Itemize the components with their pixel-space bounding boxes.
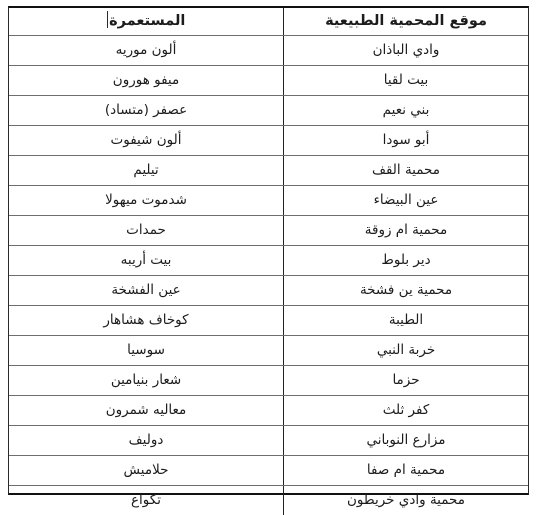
table-row: بني نعيم عصفر (متساد) bbox=[9, 96, 528, 126]
settlement-cell: عصفر (متساد) bbox=[9, 96, 283, 125]
settlement-cell: تيليم bbox=[9, 156, 283, 185]
reserve-location-cell: وادي الباذان bbox=[283, 36, 528, 65]
table-row: كفر ثلث معاليه شمرون bbox=[9, 396, 528, 426]
reserve-location-cell: أبو سودا bbox=[283, 126, 528, 155]
settlement-cell: بيت أريبه bbox=[9, 246, 283, 275]
table-row: خربة النبي سوسيا bbox=[9, 336, 528, 366]
reserve-location-cell: مزارع النوباني bbox=[283, 426, 528, 455]
settlement-cell: حلاميش bbox=[9, 456, 283, 485]
table-row: محمية ام صفا حلاميش bbox=[9, 456, 528, 486]
reserve-location-cell: بني نعيم bbox=[283, 96, 528, 125]
table-row: وادي الباذان ألون موريه bbox=[9, 36, 528, 66]
reserve-location-cell: خربة النبي bbox=[283, 336, 528, 365]
settlement-cell: سوسيا bbox=[9, 336, 283, 365]
reserves-settlements-table: موقع المحمية الطبيعية المستعمرة وادي الب… bbox=[8, 6, 529, 495]
text-cursor-caret bbox=[107, 11, 109, 28]
settlement-cell: معاليه شمرون bbox=[9, 396, 283, 425]
settlement-cell: شعار بنيامين bbox=[9, 366, 283, 395]
reserve-location-cell: بيت لقيا bbox=[283, 66, 528, 95]
settlement-cell: ميفو هورون bbox=[9, 66, 283, 95]
reserve-location-cell: محمية ام زوقة bbox=[283, 216, 528, 245]
reserve-location-cell: محمية القف bbox=[283, 156, 528, 185]
settlement-cell: كوخاف هشاهار bbox=[9, 306, 283, 335]
reserve-location-cell: كفر ثلث bbox=[283, 396, 528, 425]
reserve-location-cell: حزما bbox=[283, 366, 528, 395]
column-header-reserve-location: موقع المحمية الطبيعية bbox=[283, 8, 528, 35]
settlement-cell: شدموت ميهولا bbox=[9, 186, 283, 215]
reserve-location-cell: الطيبة bbox=[283, 306, 528, 335]
reserve-location-cell: دير بلوط bbox=[283, 246, 528, 275]
settlement-cell: عين الفشخة bbox=[9, 276, 283, 305]
table-row: محمية ام زوقة حمدات bbox=[9, 216, 528, 246]
table-header-row: موقع المحمية الطبيعية المستعمرة bbox=[9, 8, 528, 36]
table-row: الطيبة كوخاف هشاهار bbox=[9, 306, 528, 336]
settlement-cell: حمدات bbox=[9, 216, 283, 245]
settlement-cell: ألون موريه bbox=[9, 36, 283, 65]
table-row: محمية القف تيليم bbox=[9, 156, 528, 186]
reserve-location-cell: عين البيضاء bbox=[283, 186, 528, 215]
table-row: دير بلوط بيت أريبه bbox=[9, 246, 528, 276]
settlement-cell: ألون شيفوت bbox=[9, 126, 283, 155]
column-header-settlement-label: المستعمرة bbox=[109, 14, 185, 29]
table-row: محمية ين فشخة عين الفشخة bbox=[9, 276, 528, 306]
reserve-location-cell: محمية ام صفا bbox=[283, 456, 528, 485]
table-row: محمية وادي خريطون تكواع bbox=[9, 486, 528, 500]
table-row: عين البيضاء شدموت ميهولا bbox=[9, 186, 528, 216]
column-header-settlement[interactable]: المستعمرة bbox=[9, 8, 283, 35]
reserve-location-cell: محمية وادي خريطون bbox=[283, 486, 528, 500]
settlement-cell: تكواع bbox=[9, 486, 283, 500]
reserve-location-cell: محمية ين فشخة bbox=[283, 276, 528, 305]
settlement-cell: دوليف bbox=[9, 426, 283, 455]
table-row: بيت لقيا ميفو هورون bbox=[9, 66, 528, 96]
table-row: مزارع النوباني دوليف bbox=[9, 426, 528, 456]
table-row: أبو سودا ألون شيفوت bbox=[9, 126, 528, 156]
table-row: حزما شعار بنيامين bbox=[9, 366, 528, 396]
